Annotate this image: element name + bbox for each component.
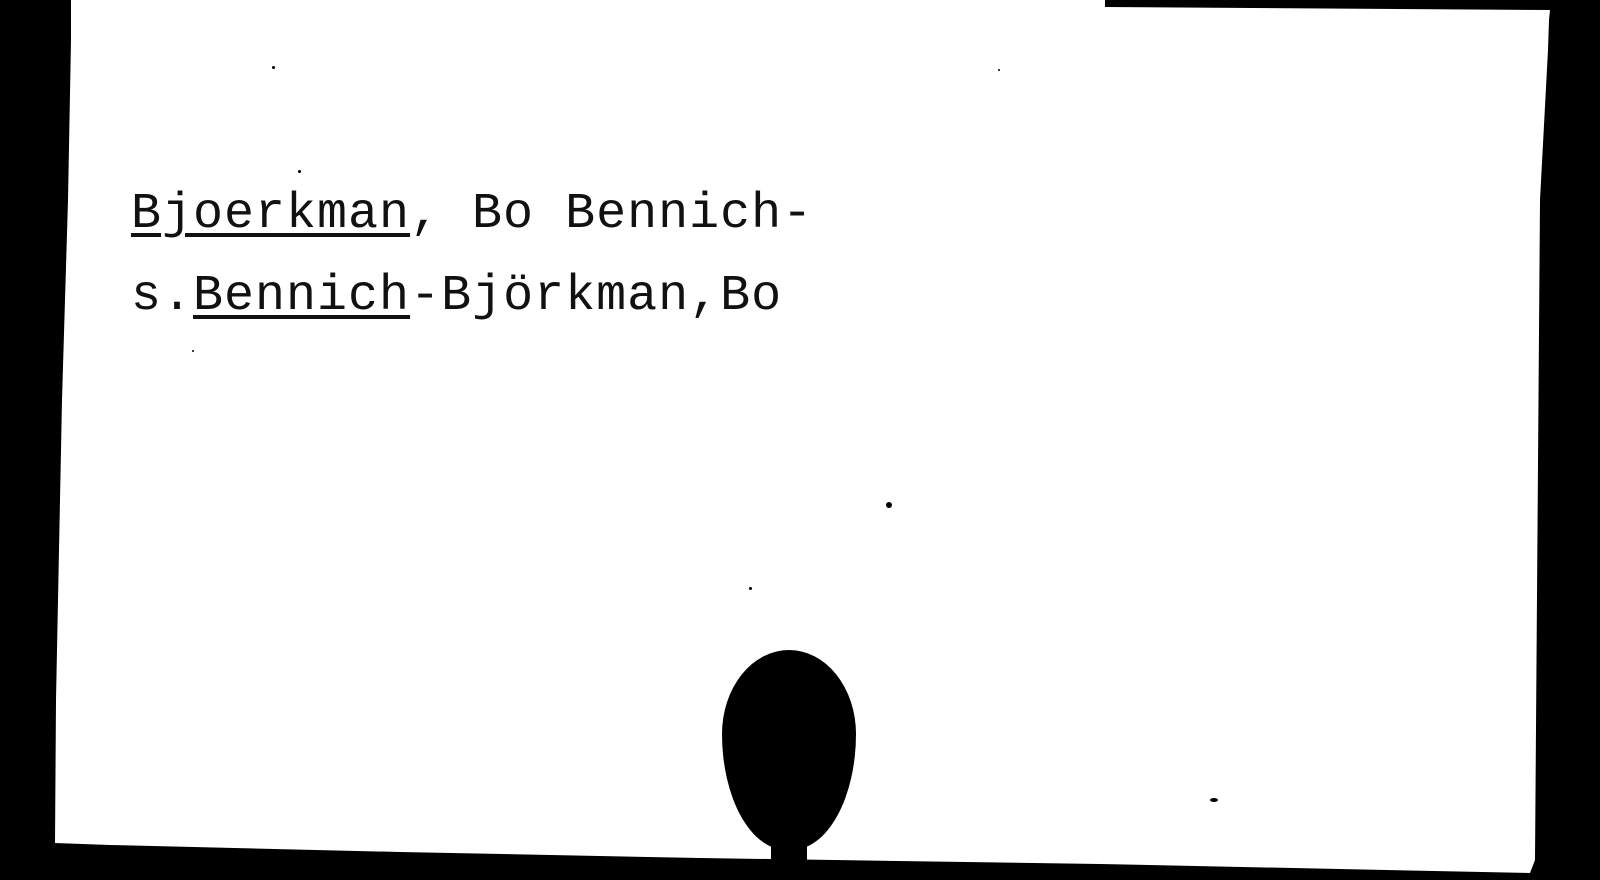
reference-surname-underlined: Bennich — [193, 268, 410, 325]
ink-speck — [192, 350, 194, 352]
punch-hole-slot — [771, 820, 807, 880]
surname-underlined: Bjoerkman — [131, 186, 410, 243]
ink-speck — [298, 170, 301, 173]
ink-speck — [272, 66, 275, 69]
cross-reference-line: s.Bennich-Björkman,Bo — [131, 272, 782, 322]
scan-background: Bjoerkman, Bo Bennich- s.Bennich-Björkma… — [0, 0, 1600, 880]
ink-speck — [1210, 798, 1218, 802]
ink-speck — [998, 69, 1000, 71]
name-rest: , Bo Bennich- — [410, 186, 813, 243]
card-heading-line: Bjoerkman, Bo Bennich- — [131, 190, 813, 240]
ink-speck — [886, 502, 892, 508]
see-prefix: s. — [131, 268, 193, 325]
reference-rest: -Björkman,Bo — [410, 268, 782, 325]
ink-speck — [749, 587, 752, 590]
